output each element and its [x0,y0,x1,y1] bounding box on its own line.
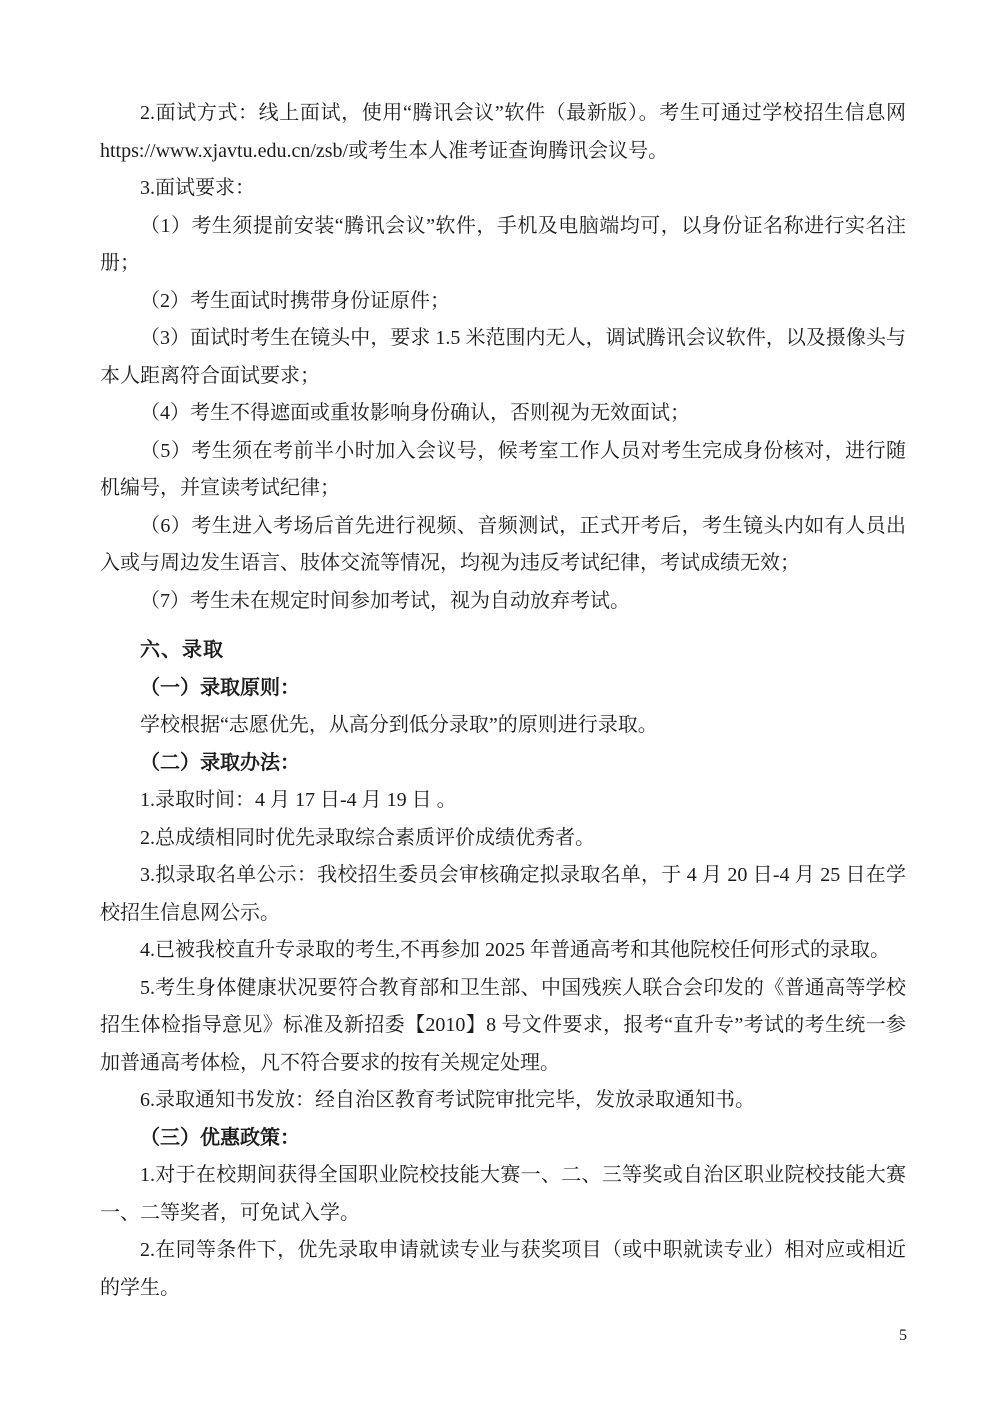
section-heading-level2: （三）优惠政策： [100,1120,906,1158]
paragraph: 1.录取时间：4 月 17 日-4 月 19 日 。 [100,782,906,820]
page-number: 5 [899,1327,907,1345]
paragraph: 学校根据“志愿优先，从高分到低分录取”的原则进行录取。 [100,707,906,745]
paragraph: （3）面试时考生在镜头中，要求 1.5 米范围内无人，调试腾讯会议软件，以及摄像… [100,320,906,395]
paragraph: 5.考生身体健康状况要符合教育部和卫生部、中国残疾人联合会印发的《普通高等学校招… [100,970,906,1083]
paragraph: 2.总成绩相同时优先录取综合素质评价成绩优秀者。 [100,820,906,858]
document-page: 2.面试方式：线上面试，使用“腾讯会议”软件（最新版）。考生可通过学校招生信息网… [0,0,1006,1421]
paragraph: （7）考生未在规定时间参加考试，视为自动放弃考试。 [100,583,906,621]
paragraph: 3.拟录取名单公示：我校招生委员会审核确定拟录取名单，于 4 月 20 日-4 … [100,857,906,932]
paragraph: 1.对于在校期间获得全国职业院校技能大赛一、二、三等奖或自治区职业院校技能大赛一… [100,1157,906,1232]
paragraph: 3.面试要求： [100,170,906,208]
section-heading-level2: （二）录取办法： [100,745,906,783]
paragraph: （2）考生面试时携带身份证原件； [100,283,906,321]
section-heading-level1: 六、录取 [100,632,906,670]
section-heading-level2: （一）录取原则： [100,670,906,708]
paragraph: （5）考生须在考前半小时加入会议号，候考室工作人员对考生完成身份核对，进行随机编… [100,433,906,508]
document-body: 2.面试方式：线上面试，使用“腾讯会议”软件（最新版）。考生可通过学校招生信息网… [100,95,906,1307]
paragraph: （1）考生须提前安装“腾讯会议”软件，手机及电脑端均可，以身份证名称进行实名注册… [100,208,906,283]
paragraph: 4.已被我校直升专录取的考生,不再参加 2025 年普通高考和其他院校任何形式的… [100,932,906,970]
paragraph: 2.面试方式：线上面试，使用“腾讯会议”软件（最新版）。考生可通过学校招生信息网… [100,95,906,170]
paragraph: 2.在同等条件下，优先录取申请就读专业与获奖项目（或中职就读专业）相对应或相近的… [100,1232,906,1307]
paragraph: 6.录取通知书发放：经自治区教育考试院审批完毕，发放录取通知书。 [100,1082,906,1120]
paragraph: （4）考生不得遮面或重妆影响身份确认，否则视为无效面试； [100,395,906,433]
paragraph: （6）考生进入考场后首先进行视频、音频测试，正式开考后，考生镜头内如有人员出入或… [100,508,906,583]
